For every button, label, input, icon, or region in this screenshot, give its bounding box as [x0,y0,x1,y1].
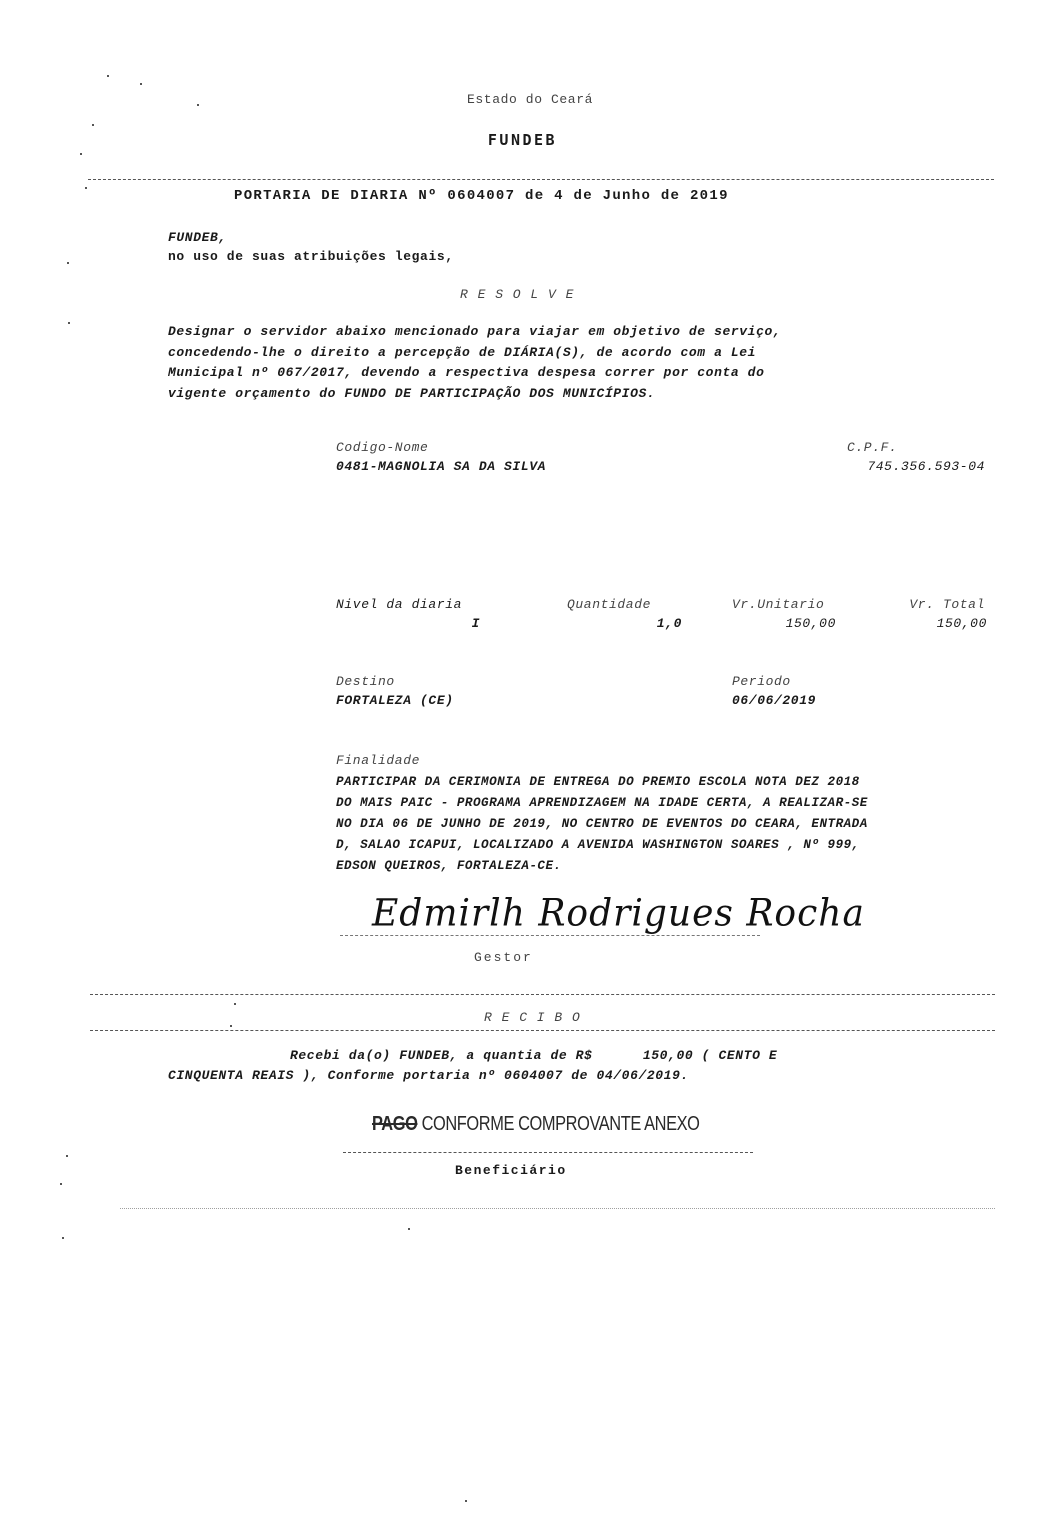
beneficiario-label: Beneficiário [455,1163,567,1178]
preamble-issuer: FUNDEB, [168,230,227,245]
finalidade-line: D, SALAO ICAPUI, LOCALIZADO A AVENIDA WA… [336,835,868,856]
signature-line [340,935,760,936]
scan-speck [68,322,70,324]
agency-name: FUNDEB [0,131,1045,149]
finalidade-line: PARTICIPAR DA CERIMONIA DE ENTREGA DO PR… [336,772,868,793]
quantidade-label: Quantidade [567,597,651,612]
cpf-value: 745.356.593-04 [800,459,985,474]
separator-line [88,179,994,180]
recibo-heading: R E C I B O [484,1010,581,1025]
periodo-value: 06/06/2019 [732,693,816,708]
unitario-value: 150,00 [740,616,836,631]
beneficiary-signature-line [343,1152,753,1153]
stamp-text: CONFORME COMPROVANTE ANEXO [417,1113,699,1135]
scan-speck [85,187,87,189]
state-name: Estado do Ceará [0,92,1060,107]
finalidade-line: EDSON QUEIROS, FORTALEZA-CE. [336,856,868,877]
footer-faint-line [120,1208,995,1209]
separator-line [90,994,995,995]
paragraph-line: Designar o servidor abaixo mencionado pa… [168,322,781,343]
quantidade-value: 1,0 [600,616,682,631]
nivel-value: I [420,616,480,631]
code-name-label: Codigo-Nome [336,440,428,455]
scan-speck [60,1183,62,1185]
separator-line [90,1030,995,1031]
scan-speck [234,1003,236,1005]
scan-speck [230,1025,232,1027]
recibo-line-1: Recebi da(o) FUNDEB, a quantia de R$ 150… [290,1048,777,1063]
periodo-label: Periodo [732,674,791,689]
paragraph-line: Municipal nº 067/2017, devendo a respect… [168,363,781,384]
recibo-line-2: CINQUENTA REAIS ), Conforme portaria nº … [168,1068,689,1083]
finalidade-label: Finalidade [336,753,420,768]
scan-speck [140,83,142,85]
document-title: PORTARIA DE DIARIA Nº 0604007 de 4 de Ju… [234,188,729,204]
destino-value: FORTALEZA (CE) [336,693,454,708]
scan-speck [408,1228,410,1230]
gestor-signature: Edmirlh Rodrigues Rocha [372,892,865,935]
payment-stamp: PAGO CONFORME COMPROVANTE ANEXO [372,1113,699,1136]
nivel-label: Nivel da diaria [336,597,462,612]
total-value: 150,00 [880,616,987,631]
cpf-label: C.P.F. [800,440,1027,455]
finalidade-text: PARTICIPAR DA CERIMONIA DE ENTREGA DO PR… [336,772,868,877]
scan-speck [80,153,82,155]
scan-speck [465,1500,467,1502]
unitario-label: Vr.Unitario [732,597,824,612]
scan-speck [62,1237,64,1239]
paragraph-line: concedendo-lhe o direito a percepção de … [168,343,781,364]
gestor-label: Gestor [474,950,533,965]
code-name-value: 0481-MAGNOLIA SA DA SILVA [336,459,546,474]
scan-speck [92,124,94,126]
finalidade-line: DO MAIS PAIC - PROGRAMA APRENDIZAGEM NA … [336,793,868,814]
scan-speck [66,1155,68,1157]
scan-speck [67,262,69,264]
designation-paragraph: Designar o servidor abaixo mencionado pa… [168,322,781,404]
paragraph-line: vigente orçamento do FUNDO DE PARTICIPAÇ… [168,384,781,405]
destino-label: Destino [336,674,395,689]
total-label: Vr. Total [880,597,985,612]
resolve-heading: R E S O L V E [460,287,574,302]
stamp-bold-text: PAGO [372,1113,417,1135]
scan-speck [107,75,109,77]
preamble-text: no uso de suas atribuições legais, [168,249,454,264]
finalidade-line: NO DIA 06 DE JUNHO DE 2019, NO CENTRO DE… [336,814,868,835]
